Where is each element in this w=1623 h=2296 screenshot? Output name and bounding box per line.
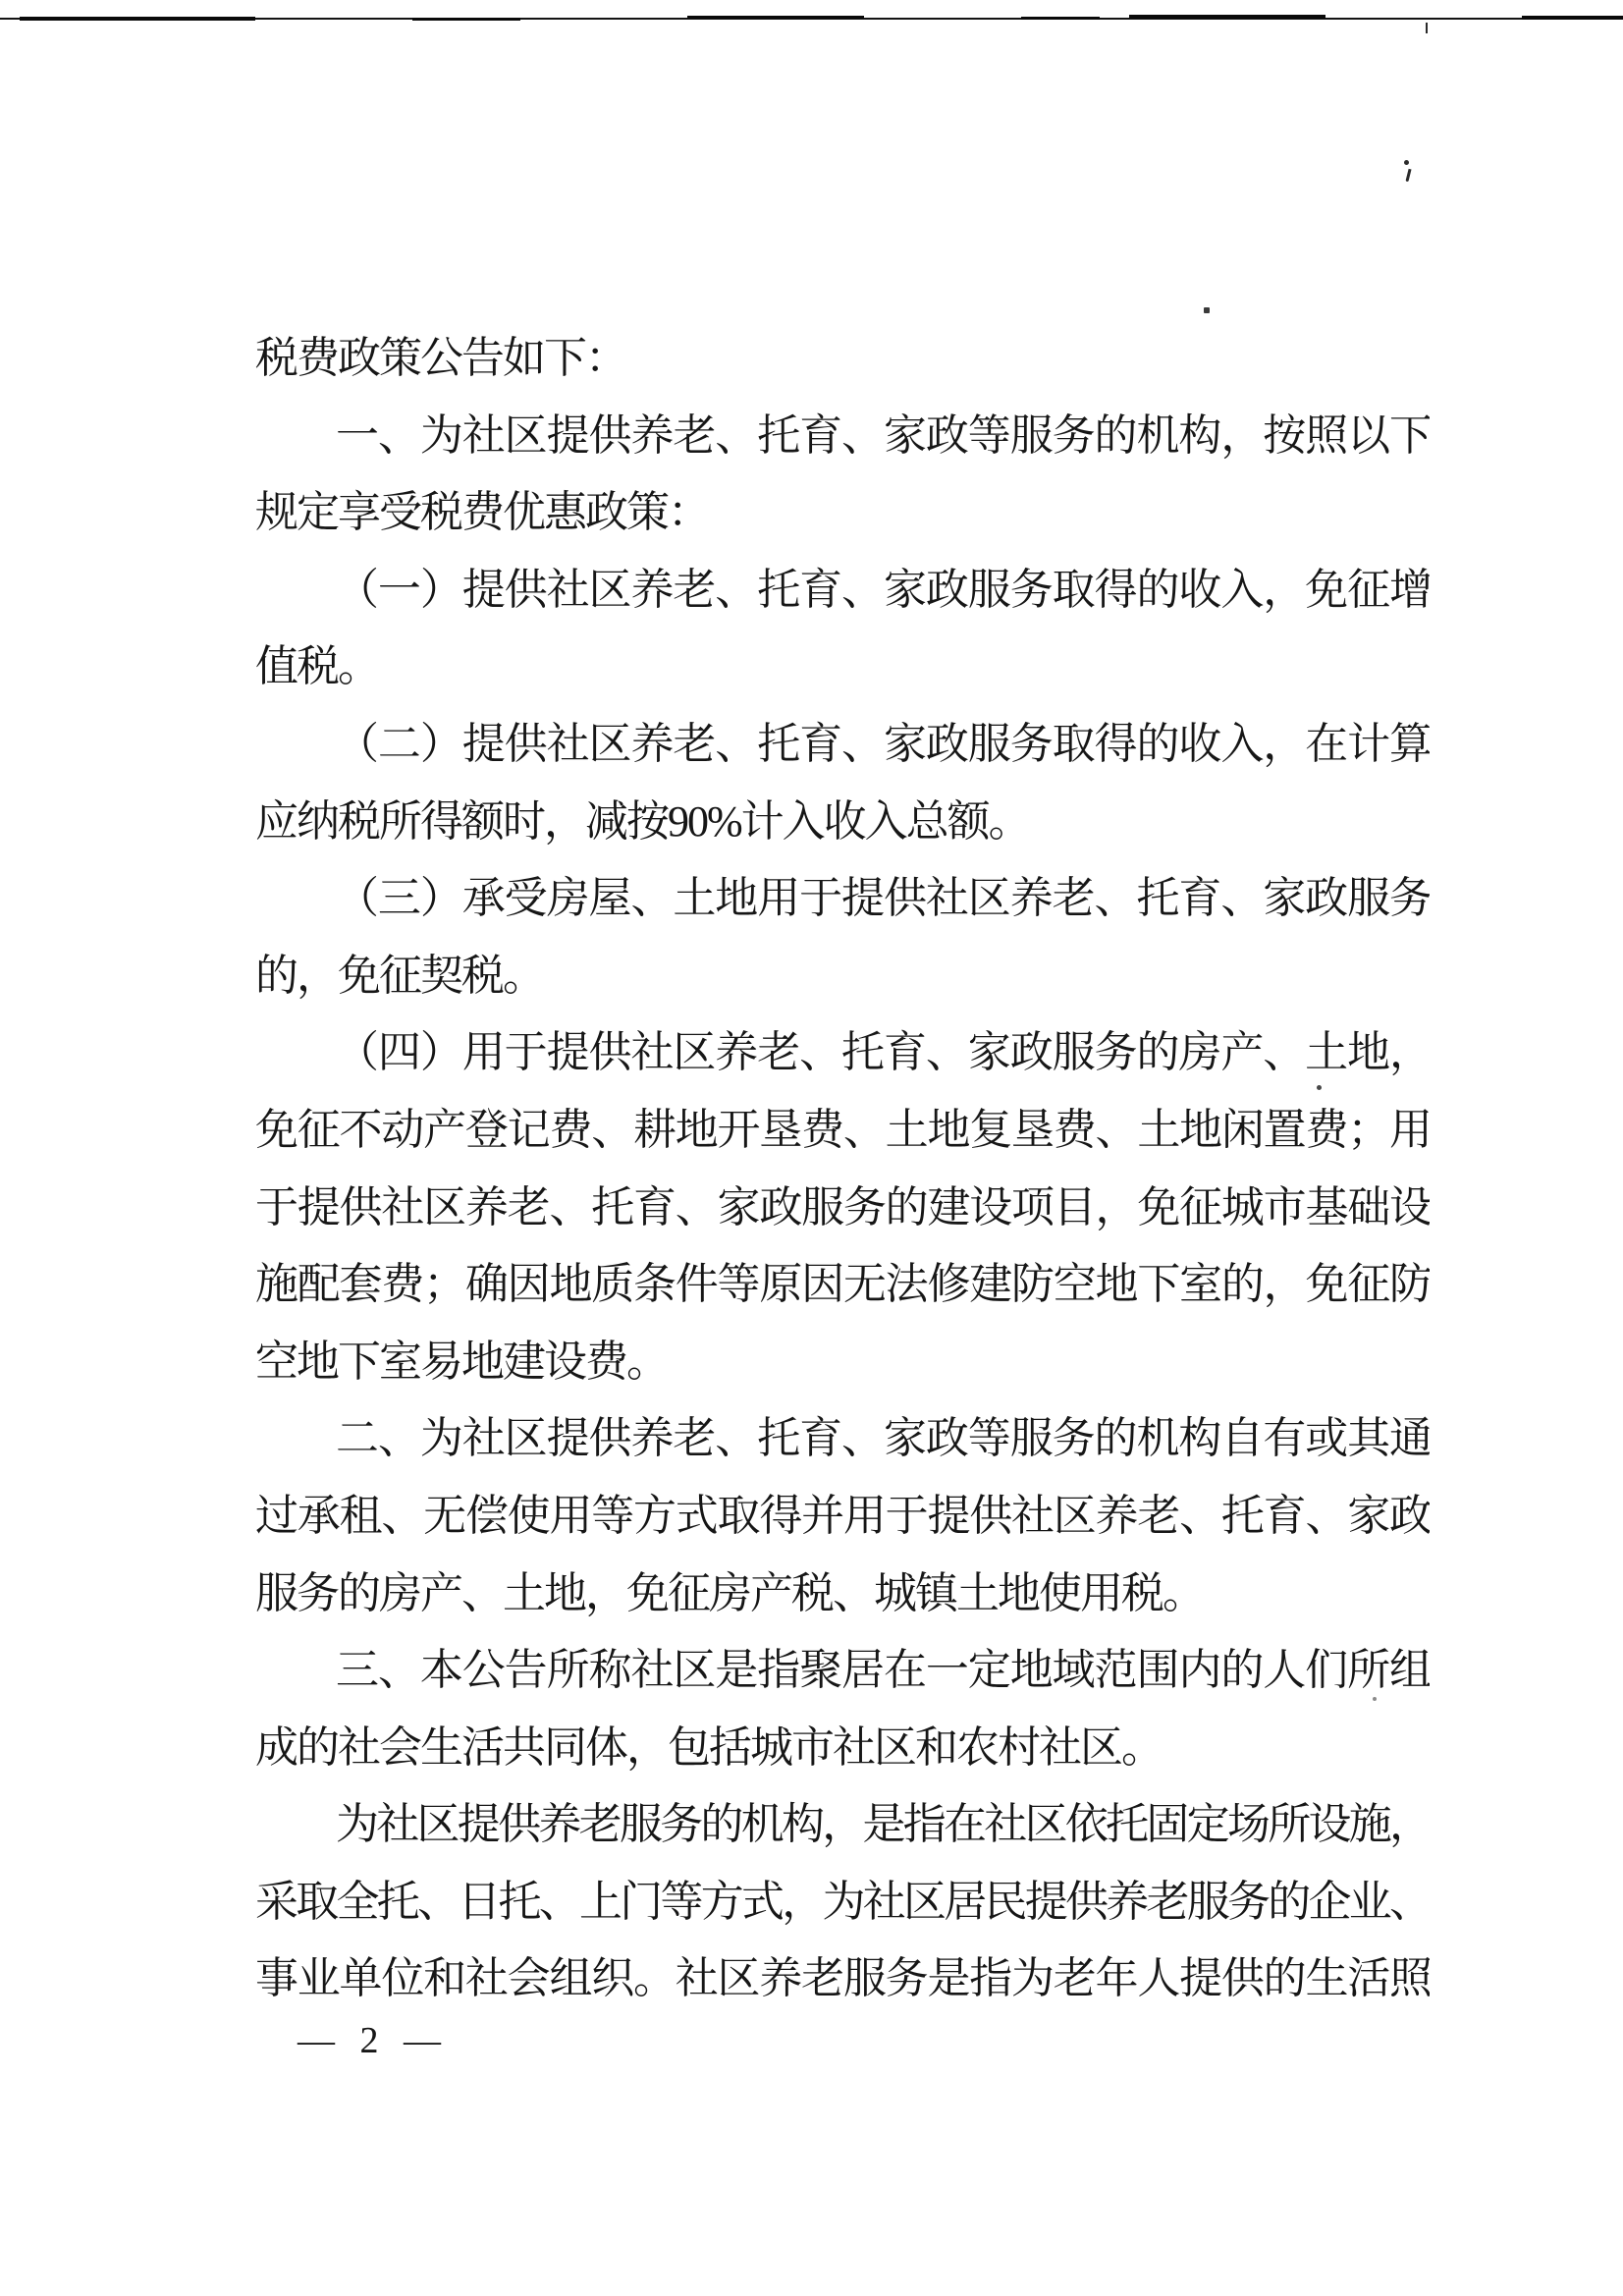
document-line: 成的社会生活共同体，包括城市社区和农村社区。 (255, 1710, 1430, 1787)
scanned-document-page: 税费政策公告如下： 一、为社区提供养老、托育、家政等服务的机构，按照以下 规定享… (0, 0, 1623, 2296)
page-number: — 2 — (298, 2015, 449, 2066)
scan-artifact-speck (1204, 307, 1210, 313)
document-line: 空地下室易地建设费。 (255, 1324, 1430, 1401)
scan-edge-line (0, 0, 1623, 29)
scan-edge-segment (687, 16, 864, 19)
document-line: 为社区提供养老服务的机构，是指在社区依托固定场所设施， (255, 1786, 1430, 1864)
document-line: 事业单位和社会组织。社区养老服务是指为老年人提供的生活照 (255, 1941, 1430, 2018)
document-line: 一、为社区提供养老、托育、家政等服务的机构，按照以下 (255, 398, 1430, 475)
document-line: 二、为社区提供养老、托育、家政等服务的机构自有或其通 (255, 1400, 1430, 1478)
document-line: 税费政策公告如下： (255, 320, 1430, 398)
document-line: 免征不动产登记费、耕地开垦费、土地复垦费、土地闲置费；用 (255, 1092, 1430, 1170)
document-line: （二）提供社区养老、托育、家政服务取得的收入，在计算 (255, 706, 1430, 784)
document-line: 的，免征契税。 (255, 938, 1430, 1015)
scan-artifact-speck (1404, 160, 1409, 165)
document-line: 值税。 (255, 629, 1430, 706)
scan-edge-segment (1522, 16, 1623, 20)
document-line: 应纳税所得额时，减按90%计入收入总额。 (255, 784, 1430, 861)
document-line: （三）承受房屋、土地用于提供社区养老、托育、家政服务 (255, 860, 1430, 938)
document-line: （一）提供社区养老、托育、家政服务取得的收入，免征增 (255, 552, 1430, 629)
document-line: 采取全托、日托、上门等方式，为社区居民提供养老服务的企业、 (255, 1864, 1430, 1941)
document-line: 三、本公告所称社区是指聚居在一定地域范围内的人们所组 (255, 1632, 1430, 1710)
scan-edge-segment (20, 17, 255, 21)
document-line: 施配套费；确因地质条件等原因无法修建防空地下室的，免征防 (255, 1246, 1430, 1324)
scan-edge-segment (1129, 15, 1325, 19)
document-line: （四）用于提供社区养老、托育、家政服务的房产、土地， (255, 1014, 1430, 1092)
scan-artifact-speck (1405, 169, 1411, 182)
scan-edge-tick (1426, 23, 1428, 33)
document-line: 服务的房产、土地，免征房产税、城镇土地使用税。 (255, 1556, 1430, 1633)
document-body: 税费政策公告如下： 一、为社区提供养老、托育、家政等服务的机构，按照以下 规定享… (255, 320, 1430, 2018)
scan-edge-segment (412, 18, 520, 21)
document-line: 过承租、无偿使用等方式取得并用于提供社区养老、托育、家政 (255, 1478, 1430, 1556)
scan-edge-segment (1021, 17, 1100, 20)
document-line: 规定享受税费优惠政策： (255, 474, 1430, 552)
document-line: 于提供社区养老、托育、家政服务的建设项目，免征城市基础设 (255, 1170, 1430, 1247)
